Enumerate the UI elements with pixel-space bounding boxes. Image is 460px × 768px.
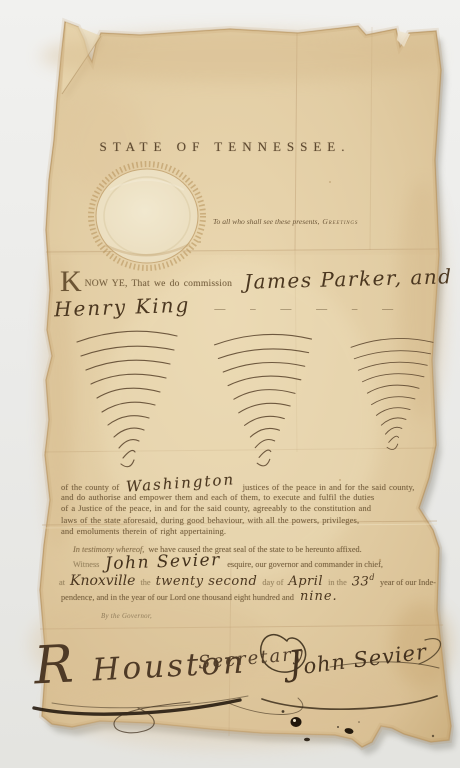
salutation-line: To all who shall see these presents,Gree…: [213, 217, 358, 226]
witness-rest: esquire, our governor and commander in c…: [227, 560, 383, 569]
date-the: the: [140, 578, 150, 587]
body-line-5: and emoluments therein of right appertai…: [61, 526, 429, 538]
year-word-handwritten: nine.: [300, 589, 338, 604]
salutation-text: To all who shall see these presents,: [213, 217, 319, 226]
year-number-sup: d: [369, 573, 375, 582]
commission-printed-text: NOW YE, That we do commission: [85, 278, 232, 289]
commission-line-2: Henry King — – — — – —: [54, 295, 404, 319]
year-number: 33d: [352, 573, 375, 589]
date-at: at: [59, 578, 65, 587]
commissioned-name-2: Henry King: [54, 293, 191, 322]
date-line-1: at Knoxville the twenty second day of Ap…: [59, 573, 436, 589]
by-the-governor: By the Governor,: [101, 613, 152, 620]
commission-line: K NOW YE, That we do commission James Pa…: [60, 268, 453, 295]
date-in-the: in the: [328, 578, 347, 587]
witness-line: Witness John Sevier esquire, our governo…: [73, 552, 383, 572]
document-title: STATE OF TENNESSEE.: [83, 139, 367, 155]
body-line-3: of a Justice of the peace, in and for th…: [61, 503, 429, 515]
salutation-greeting: Greetings: [322, 217, 358, 226]
governor-name-handwritten: John Sevier: [105, 550, 221, 574]
date-line2-printed: pendence, and in the year of our Lord on…: [61, 593, 294, 602]
day-handwritten: twenty second: [156, 574, 258, 589]
commissioned-name-1: James Parker, and: [244, 264, 453, 293]
body-paragraph: of the county of Washington justices of …: [61, 480, 429, 538]
month-handwritten: April: [288, 574, 323, 589]
place-name: Knoxville: [70, 573, 135, 589]
county-name: Washington: [126, 474, 236, 493]
body-line-2: and do authorise and empower them and ea…: [61, 492, 429, 504]
date-year-rest: year of our Inde-: [380, 578, 436, 587]
body-line-1: of the county of Washington justices of …: [61, 480, 429, 492]
date-line-2: pendence, and in the year of our Lord on…: [61, 589, 338, 604]
date-day-of: day of: [262, 578, 283, 587]
witness-label: Witness: [73, 560, 99, 569]
drop-cap: K: [60, 268, 82, 295]
body-line-4: laws of the state aforesaid, during good…: [61, 515, 429, 527]
document-photo: STATE OF TENNESSEE. To all who shall see…: [0, 0, 460, 768]
filler-dashes: — – — — – —: [214, 303, 404, 315]
